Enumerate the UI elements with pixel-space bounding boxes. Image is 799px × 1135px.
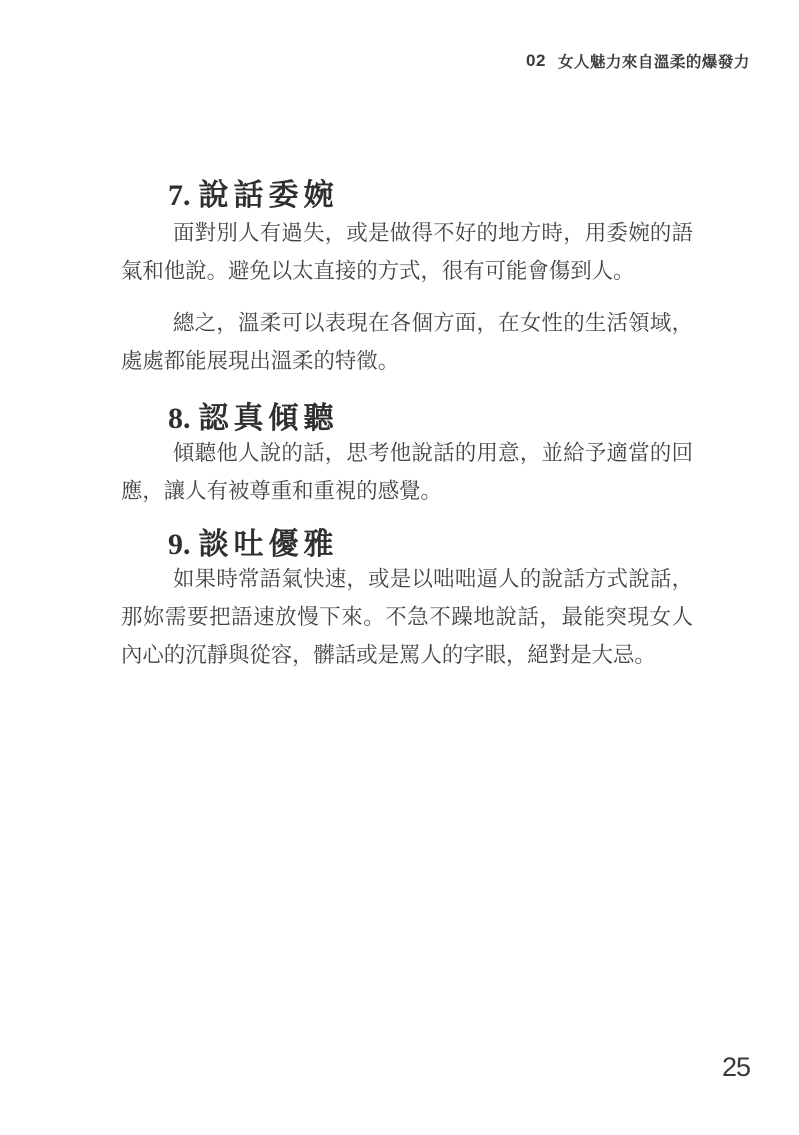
paragraph: 如果時常語氣快速，或是以咄咄逼人的說話方式說話， 那妳需要把語速放慢下來。不急不… (121, 560, 693, 674)
text-line: 處處都能展現出溫柔的特徵。 (121, 342, 693, 380)
section-number: 7. (168, 179, 191, 212)
text-line: 總之，溫柔可以表現在各個方面，在女性的生活領域， (121, 304, 693, 342)
text-line: 傾聽他人說的話，思考他說話的用意，並給予適當的回 (121, 434, 693, 472)
section-number: 8. (168, 402, 191, 435)
text-line: 面對別人有過失，或是做得不好的地方時，用委婉的語 (121, 214, 693, 252)
text-line: 內心的沉靜與從容，髒話或是罵人的字眼，絕對是大忌。 (121, 636, 693, 674)
section-title: 談吐優雅 (199, 528, 339, 561)
text-line: 那妳需要把語速放慢下來。不急不躁地說話，最能突現女人 (121, 598, 693, 636)
page-number: 25 (722, 1052, 750, 1083)
text-line: 如果時常語氣快速，或是以咄咄逼人的說話方式說話， (121, 560, 693, 598)
paragraph: 傾聽他人說的話，思考他說話的用意，並給予適當的回 應，讓人有被尊重和重視的感覺。 (121, 434, 693, 510)
book-page: 02 女人魅力來自溫柔的爆發力 7.說話委婉 面對別人有過失，或是做得不好的地方… (0, 0, 799, 1135)
section-number: 9. (168, 528, 191, 561)
section-title: 說話委婉 (199, 179, 339, 212)
section-title: 認真傾聽 (199, 402, 339, 435)
page-content: 7.說話委婉 面對別人有過失，或是做得不好的地方時，用委婉的語 氣和他說。避免以… (0, 0, 799, 1135)
paragraph: 總之，溫柔可以表現在各個方面，在女性的生活領域， 處處都能展現出溫柔的特徵。 (121, 304, 693, 380)
text-line: 氣和他說。避免以太直接的方式，很有可能會傷到人。 (121, 252, 693, 290)
text-line: 應，讓人有被尊重和重視的感覺。 (121, 472, 693, 510)
paragraph: 面對別人有過失，或是做得不好的地方時，用委婉的語 氣和他說。避免以太直接的方式，… (121, 214, 693, 290)
